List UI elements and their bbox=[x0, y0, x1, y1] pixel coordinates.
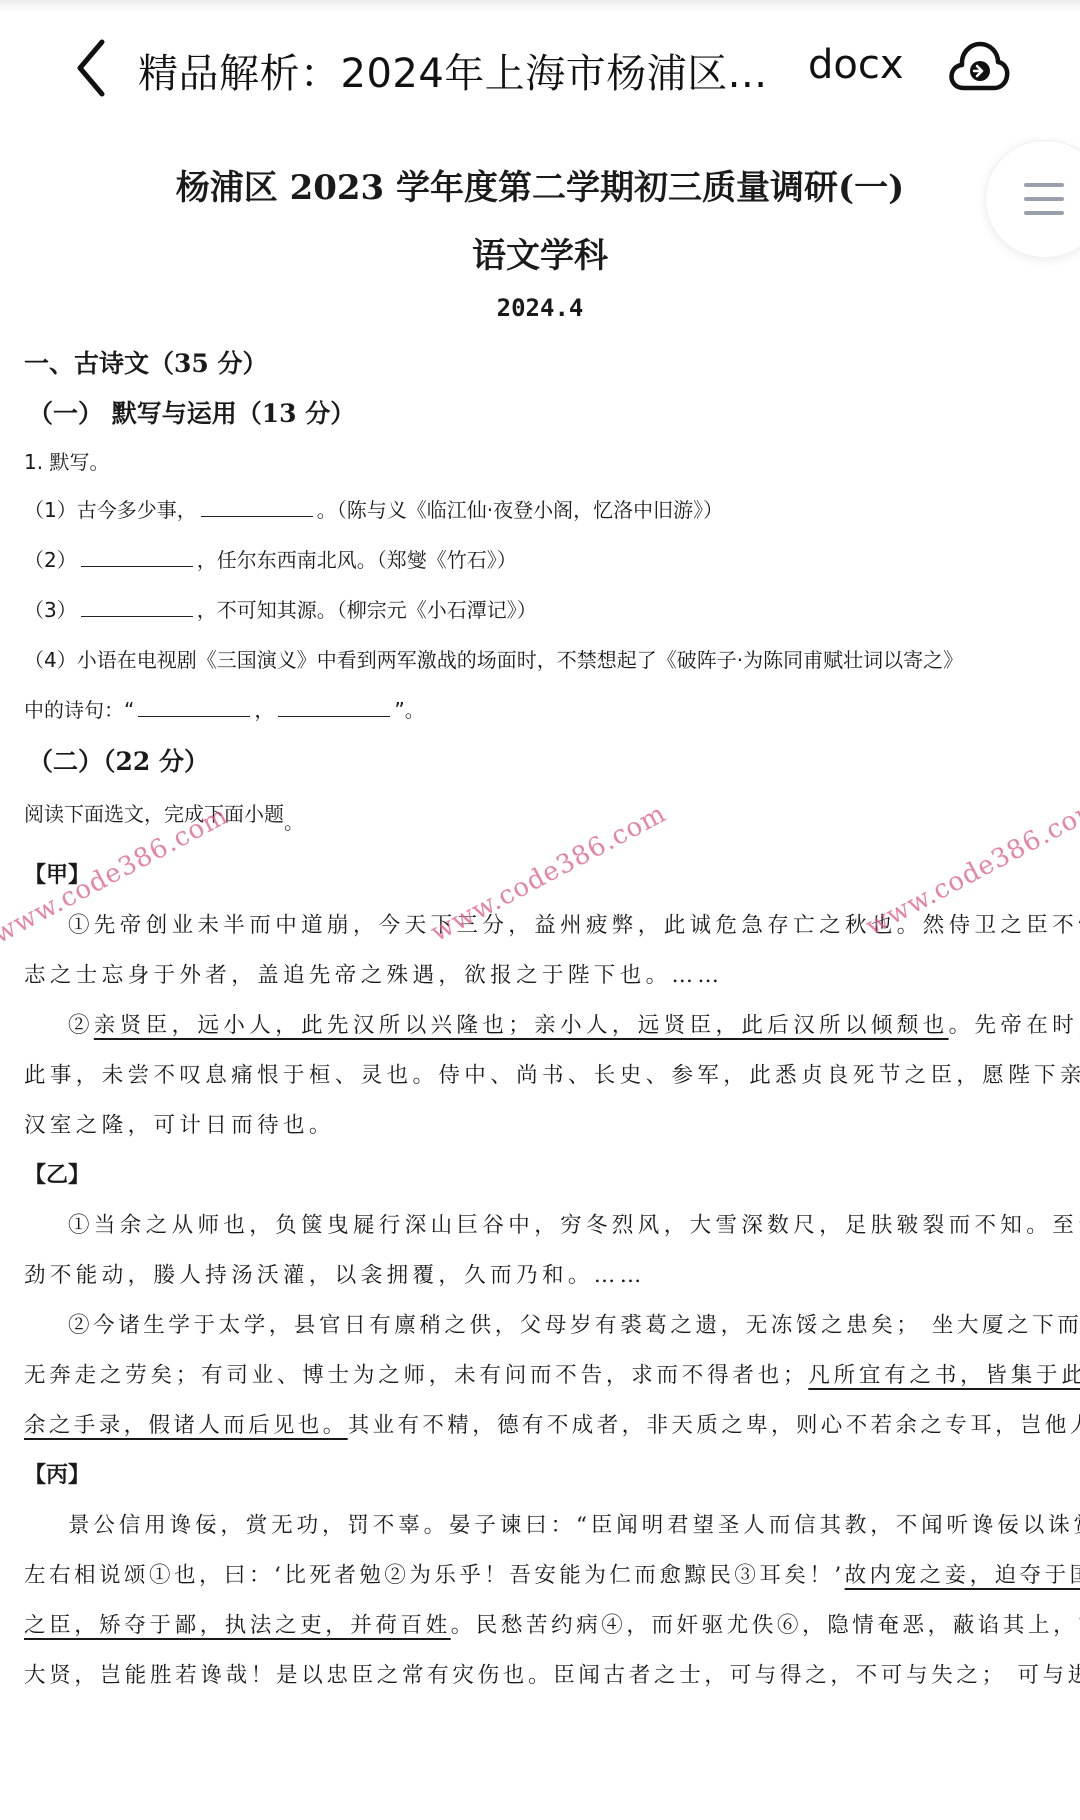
passage-yi-p2-line1: ②今诸生学于太学，县官日有廪稍之供，父母岁有裘葛之遗，无冻馁之患矣； 坐大厦之下… bbox=[24, 1308, 1060, 1339]
header-bar: 精品解析：2024年上海市杨浦区... docx bbox=[0, 12, 1080, 122]
subsection-heading-1: （一） 默写与运用（13 分） bbox=[28, 394, 355, 430]
question-1-item-4: （4）小语在电视剧《三国演义》中看到两军激战的场面时，不禁想起了《破阵子·为陈同… bbox=[24, 644, 963, 673]
answer-blank[interactable] bbox=[81, 545, 193, 567]
section-heading-1: 一、古诗文（35 分） bbox=[24, 344, 268, 380]
passage-bing-line2: 左右相说颂①也，曰：‘比死者勉②为乐乎！吾安能为仁而愈黥民③耳矣！’故内宠之妾，… bbox=[24, 1558, 1060, 1589]
passage-label-bing: 【丙】 bbox=[24, 1458, 90, 1489]
exam-date: 2024.4 bbox=[0, 294, 1080, 322]
passage-jia-p1-line2: 志之士忘身于外者，盖追先帝之殊遇，欲报之于陛下也。…… bbox=[24, 958, 1060, 989]
chevron-left-icon bbox=[68, 32, 118, 102]
cloud-upload-icon bbox=[946, 34, 1012, 100]
question-1-label: 1. 默写。 bbox=[24, 446, 109, 475]
question-1-item-4-line2: 中的诗句：“，”。 bbox=[24, 694, 425, 723]
passage-yi-p2-line2: 无奔走之劳矣；有司业、博士为之师，未有问而不告，求而不得者也；凡所宜有之书，皆集… bbox=[24, 1358, 1060, 1389]
underlined-sentence: 亲贤臣，远小人，此先汉所以兴隆也；亲小人，远贤臣，此后汉所以倾颓也 bbox=[94, 1013, 949, 1038]
underlined-sentence: 余之手录，假诸人而后见也。 bbox=[24, 1413, 348, 1438]
passage-jia-p2-line3: 汉室之隆，可计日而待也。 bbox=[24, 1108, 1060, 1139]
passage-bing-line3: 之臣，矫夺于鄙，执法之吏，并荷百姓。民愁苦约病④，而奸驱尤佚⑥，隐情奄恶，蔽谄其… bbox=[24, 1608, 1060, 1639]
exam-subject: 语文学科 bbox=[0, 228, 1080, 277]
question-1-item-3: （3），不可知其源。（柳宗元《小石潭记》） bbox=[24, 594, 537, 623]
file-extension: docx bbox=[808, 42, 904, 88]
subsection-heading-2: （二）（22 分） bbox=[28, 742, 209, 778]
status-bar-shade bbox=[0, 0, 1080, 12]
document-title: 精品解析：2024年上海市杨浦区... bbox=[138, 42, 767, 99]
back-button[interactable] bbox=[68, 32, 118, 102]
passage-bing-line4: 大贤，岂能胜若谗哉！是以忠臣之常有灾伤也。臣闻古者之士，可与得之，不可与失之； … bbox=[24, 1658, 1060, 1689]
passage-label-yi: 【乙】 bbox=[24, 1158, 90, 1189]
passage-yi-p1-line2: 劲不能动，媵人持汤沃灌，以衾拥覆，久而乃和。…… bbox=[24, 1258, 1060, 1289]
passage-jia-p2-line1: ②亲贤臣，远小人，此先汉所以兴隆也；亲小人，远贤臣，此后汉所以倾颓也。先帝在时，… bbox=[24, 1008, 1060, 1039]
underlined-sentence: 之臣，矫夺于鄙，执法之吏，并荷百姓 bbox=[24, 1613, 451, 1638]
passage-yi-p2-line3: 余之手录，假诸人而后见也。其业有不精，德有不成者，非天质之卑，则心不若余之专耳，… bbox=[24, 1408, 1060, 1439]
passage-yi-p1-line1: ①当余之从师也，负箧曳屣行深山巨谷中，穷冬烈风，大雪深数尺，足肤皲裂而不知。至舍… bbox=[24, 1208, 1060, 1239]
answer-blank[interactable] bbox=[201, 495, 313, 517]
underlined-sentence: 故内宠之妾，迫夺于国，外宠 bbox=[845, 1563, 1080, 1588]
reading-instruction: 阅读下面选文，完成下面小题。 bbox=[24, 798, 304, 827]
cloud-save-button[interactable] bbox=[946, 34, 1012, 100]
answer-blank[interactable] bbox=[81, 595, 193, 617]
underlined-sentence: 凡所宜有之书，皆集于此，不必若 bbox=[808, 1363, 1080, 1388]
exam-title: 杨浦区 2023 学年度第二学期初三质量调研(一) bbox=[0, 160, 1080, 209]
passage-bing-line1: 景公信用谗佞，赏无功，罚不辜。晏子谏曰：“臣闻明君望圣人而信其教，不闻听谗佞以诛… bbox=[24, 1508, 1060, 1539]
passage-jia-p2-line2: 此事，未尝不叹息痛恨于桓、灵也。侍中、尚书、长史、参军，此悉贞良死节之臣，愿陛下… bbox=[24, 1058, 1060, 1089]
answer-blank[interactable] bbox=[138, 695, 250, 717]
question-1-item-2: （2），任尔东西南北风。（郑燮《竹石》） bbox=[24, 544, 517, 573]
answer-blank[interactable] bbox=[278, 695, 390, 717]
question-1-item-1: （1）古今多少事，。（陈与义《临江仙·夜登小阁，忆洛中旧游》） bbox=[24, 494, 723, 523]
